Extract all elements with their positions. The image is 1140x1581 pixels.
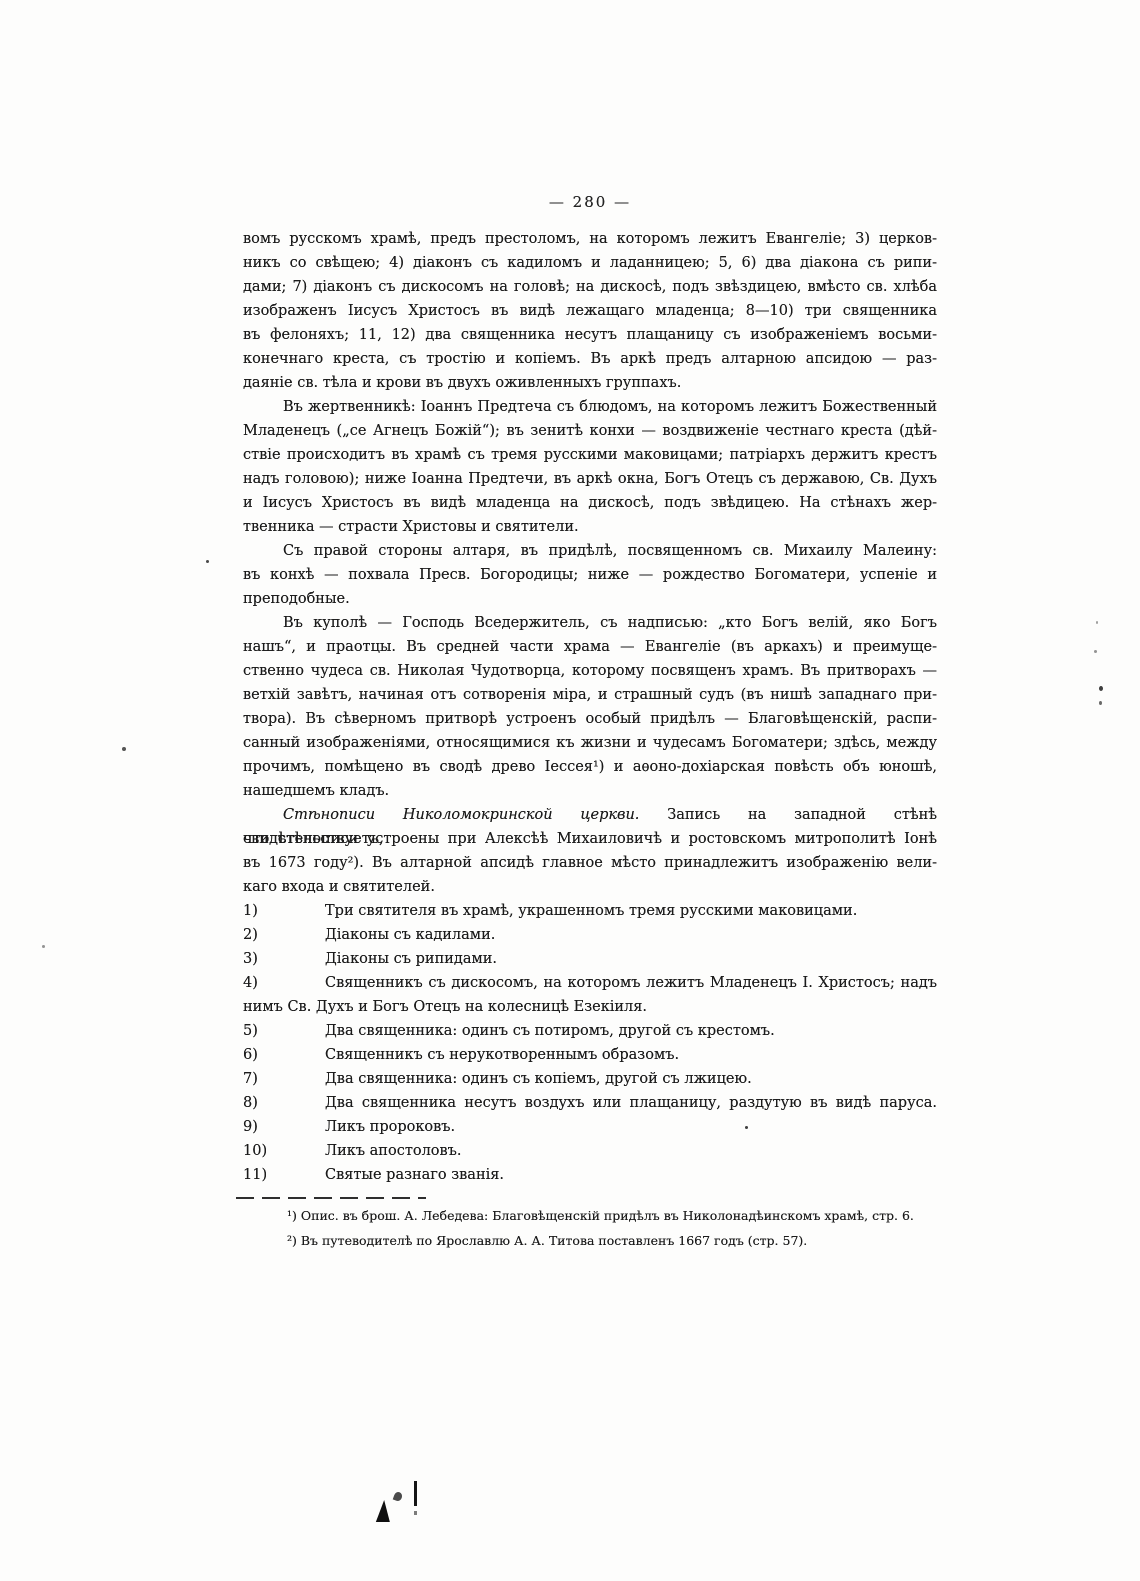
text-block: — 280 — вомъ русскомъ храмѣ, предъ прест… — [243, 192, 937, 1253]
list-item-text: Діаконы съ рипидами. — [325, 951, 497, 967]
ink-blot — [414, 1511, 417, 1515]
body-line: Стѣнописи Николомокринской церкви. Запис… — [243, 803, 937, 827]
list-item-text: Діаконы съ кадилами. — [325, 927, 495, 943]
body-line: Младенецъ („се Агнецъ Божій“); въ зенитѣ… — [243, 419, 937, 443]
footnote-separator — [236, 1197, 426, 1199]
ink-speck — [42, 945, 45, 948]
list-item-continuation: нимъ Св. Духъ и Богъ Отецъ на колесницѣ … — [243, 995, 937, 1019]
body-line: и Іисусъ Христосъ въ видѣ младенца на ди… — [243, 491, 937, 515]
body-line: надъ головою); ниже Іоанна Предтечи, въ … — [243, 467, 937, 491]
list-item-number: 4) — [243, 971, 315, 995]
body-line: твенника — страсти Христовы и святители. — [243, 515, 937, 539]
list-item-number: 2) — [243, 923, 315, 947]
ink-speck — [745, 1126, 748, 1129]
list-item: 4)Священникъ съ дискосомъ, на которомъ л… — [243, 971, 937, 995]
ink-blot — [414, 1481, 417, 1506]
list-item: 3)Діаконы съ рипидами. — [243, 947, 937, 971]
body-line: ствіе происходитъ въ храмѣ съ тремя русс… — [243, 443, 937, 467]
body-line: изображенъ Іисусъ Христосъ въ видѣ лежащ… — [243, 299, 937, 323]
body-line: ственно чудеса св. Николая Чудотворца, к… — [243, 659, 937, 683]
ink-speck — [1096, 621, 1098, 624]
body-line: ветхій завѣтъ, начиная отъ сотворенія мі… — [243, 683, 937, 707]
body-line: Съ правой стороны алтаря, въ придѣлѣ, по… — [243, 539, 937, 563]
body-line: даяніе св. тѣла и крови въ двухъ оживлен… — [243, 371, 937, 395]
page-number: — 280 — — [243, 192, 937, 212]
body-line: нашъ“, и праотцы. Въ средней части храма… — [243, 635, 937, 659]
list-item-number: 9) — [243, 1115, 315, 1139]
list-item: 1)Три святителя въ храмѣ, украшенномъ тр… — [243, 899, 937, 923]
body-line: въ фелоняхъ; 11, 12) два священника несу… — [243, 323, 937, 347]
section-title-italic: Стѣнописи Николомокринской церкви. — [283, 807, 639, 823]
list-item: 5)Два священника: одинъ съ потиромъ, дру… — [243, 1019, 937, 1043]
ink-speck — [1094, 650, 1097, 653]
list-item-number: 5) — [243, 1019, 315, 1043]
body-line: дами; 7) діаконъ съ дискосомъ на головѣ;… — [243, 275, 937, 299]
list-item-text: Три святителя въ храмѣ, украшенномъ трем… — [325, 903, 857, 919]
list-item-number: 11) — [243, 1163, 315, 1187]
list-item-number: 8) — [243, 1091, 315, 1115]
body-line: Въ жертвенникѣ: Іоаннъ Предтеча съ блюдо… — [243, 395, 937, 419]
book-page-scan: — 280 — вомъ русскомъ храмѣ, предъ прест… — [0, 0, 1140, 1581]
body-line: въ 1673 году²). Въ алтарной апсидѣ главн… — [243, 851, 937, 875]
list-item: 6)Священникъ съ нерукотвореннымъ образом… — [243, 1043, 937, 1067]
list-item-number: 6) — [243, 1043, 315, 1067]
ink-speck — [1099, 701, 1102, 705]
list-item-number: 3) — [243, 947, 315, 971]
body-line: никъ со свѣщею; 4) діаконъ съ кадиломъ и… — [243, 251, 937, 275]
list-item-number: 1) — [243, 899, 315, 923]
ink-speck — [1099, 686, 1103, 691]
list-item: 8)Два священника несутъ воздухъ или плащ… — [243, 1091, 937, 1115]
footnote: ²) Въ путеводителѣ по Ярославлю А. А. Ти… — [243, 1228, 937, 1253]
body-line: Въ куполѣ — Господь Вседержитель, съ над… — [243, 611, 937, 635]
footnote: ¹) Опис. въ брош. А. Лебедева: Благовѣще… — [243, 1203, 937, 1228]
list-item-text: Два священника: одинъ съ потиромъ, друго… — [325, 1023, 775, 1039]
list-item-text: Два священника несутъ воздухъ или плащан… — [325, 1095, 937, 1111]
list-item: 10)Ликъ апостоловъ. — [243, 1139, 937, 1163]
list-item-text: Святые разнаго званія. — [325, 1167, 504, 1183]
list-item: 2)Діаконы съ кадилами. — [243, 923, 937, 947]
list-item: 7)Два священника: одинъ съ копіемъ, друг… — [243, 1067, 937, 1091]
list-item-text: Ликъ апостоловъ. — [325, 1143, 462, 1159]
body-line: каго входа и святителей. — [243, 875, 937, 899]
body-line: что стѣнописи устроены при Алексѣѣ Михаи… — [243, 827, 937, 851]
list-item-text: Священникъ съ нерукотвореннымъ образомъ. — [325, 1047, 679, 1063]
body-line: преподобные. — [243, 587, 937, 611]
body-line: конечнаго креста, съ тростію и копіемъ. … — [243, 347, 937, 371]
list-item-number: 10) — [243, 1139, 315, 1163]
list-item-text: Два священника: одинъ съ копіемъ, другой… — [325, 1071, 752, 1087]
list-item-text: Священникъ съ дискосомъ, на которомъ леж… — [325, 975, 937, 991]
ink-blot — [393, 1491, 404, 1502]
list-item-text: Ликъ пророковъ. — [325, 1119, 455, 1135]
body-line: вомъ русскомъ храмѣ, предъ престоломъ, н… — [243, 227, 937, 251]
body-line: нашедшемъ кладъ. — [243, 779, 937, 803]
list-item: 9)Ликъ пророковъ. — [243, 1115, 937, 1139]
list-item: 11)Святые разнаго званія. — [243, 1163, 937, 1187]
body-line: прочимъ, помѣщено въ сводѣ древо Іессея¹… — [243, 755, 937, 779]
ink-speck — [206, 560, 209, 563]
body-line: санный изображеніями, относящимися къ жи… — [243, 731, 937, 755]
body-line: твора). Въ сѣверномъ притворѣ устроенъ о… — [243, 707, 937, 731]
body-line: въ конхѣ — похвала Пресв. Богородицы; ни… — [243, 563, 937, 587]
ink-speck — [122, 747, 126, 751]
ink-blot — [376, 1500, 392, 1522]
list-item-number: 7) — [243, 1067, 315, 1091]
